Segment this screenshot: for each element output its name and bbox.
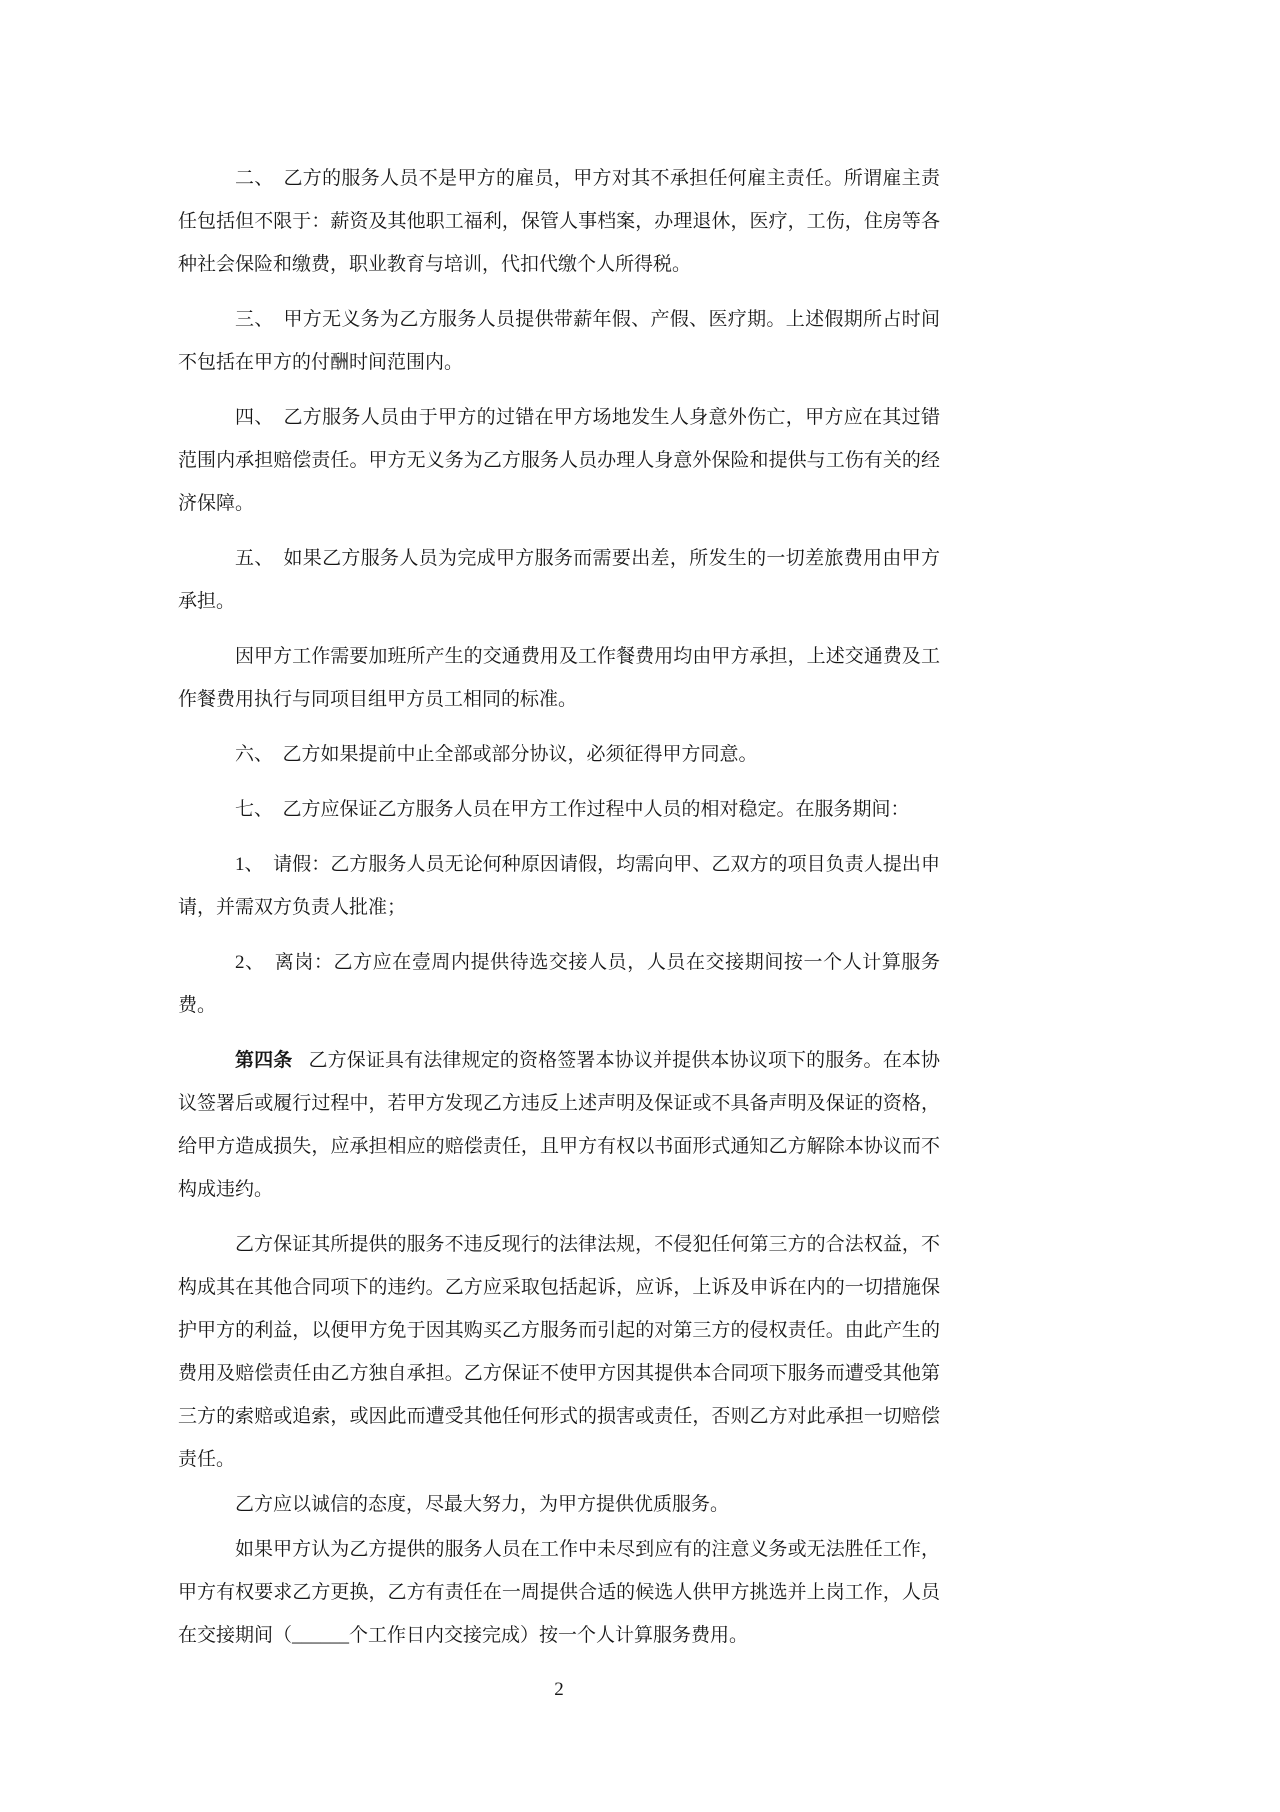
para-clause-5: 五、 如果乙方服务人员为完成甲方服务而需要出差，所发生的一切差旅费用由甲方承担。 <box>178 537 940 623</box>
para-clause-4: 四、 乙方服务人员由于甲方的过错在甲方场地发生人身意外伤亡，甲方应在其过错范围内… <box>178 396 940 525</box>
para-overtime-costs: 因甲方工作需要加班所产生的交通费用及工作餐费用均由甲方承担，上述交通费及工作餐费… <box>178 635 940 721</box>
para-good-faith: 乙方应以诚信的态度，尽最大努力，为甲方提供优质服务。 <box>178 1483 940 1526</box>
para-clause-6: 六、 乙方如果提前中止全部或部分协议，必须征得甲方同意。 <box>178 733 940 776</box>
para-subitem-1-leave: 1、 请假：乙方服务人员无论何种原因请假，均需向甲、乙双方的项目负责人提出申请，… <box>178 843 940 929</box>
para-replacement-blank: 如果甲方认为乙方提供的服务人员在工作中未尽到应有的注意义务或无法胜任工作，甲方有… <box>178 1528 940 1657</box>
article-4-heading: 第四条 <box>235 1050 292 1071</box>
page-number: 2 <box>178 1668 940 1711</box>
para-clause-2: 二、 乙方的服务人员不是甲方的雇员，甲方对其不承担任何雇主责任。所谓雇主责任包括… <box>178 157 940 286</box>
para-article-4: 第四条乙方保证具有法律规定的资格签署本协议并提供本协议项下的服务。在本协议签署后… <box>178 1039 940 1211</box>
para-clause-3: 三、 甲方无义务为乙方服务人员提供带薪年假、产假、医疗期。上述假期所占时间不包括… <box>178 298 940 384</box>
document-page: 二、 乙方的服务人员不是甲方的雇员，甲方对其不承担任何雇主责任。所谓雇主责任包括… <box>0 0 1280 1812</box>
para-warranty-liability: 乙方保证其所提供的服务不违反现行的法律法规，不侵犯任何第三方的合法权益，不构成其… <box>178 1223 940 1481</box>
para-subitem-2-departure: 2、 离岗：乙方应在壹周内提供待选交接人员，人员在交接期间按一个人计算服务费。 <box>178 941 940 1027</box>
para-clause-7: 七、 乙方应保证乙方服务人员在甲方工作过程中人员的相对稳定。在服务期间： <box>178 788 940 831</box>
article-4-text: 乙方保证具有法律规定的资格签署本协议并提供本协议项下的服务。在本协议签署后或履行… <box>178 1050 940 1200</box>
contract-body: 二、 乙方的服务人员不是甲方的雇员，甲方对其不承担任何雇主责任。所谓雇主责任包括… <box>178 157 940 1659</box>
